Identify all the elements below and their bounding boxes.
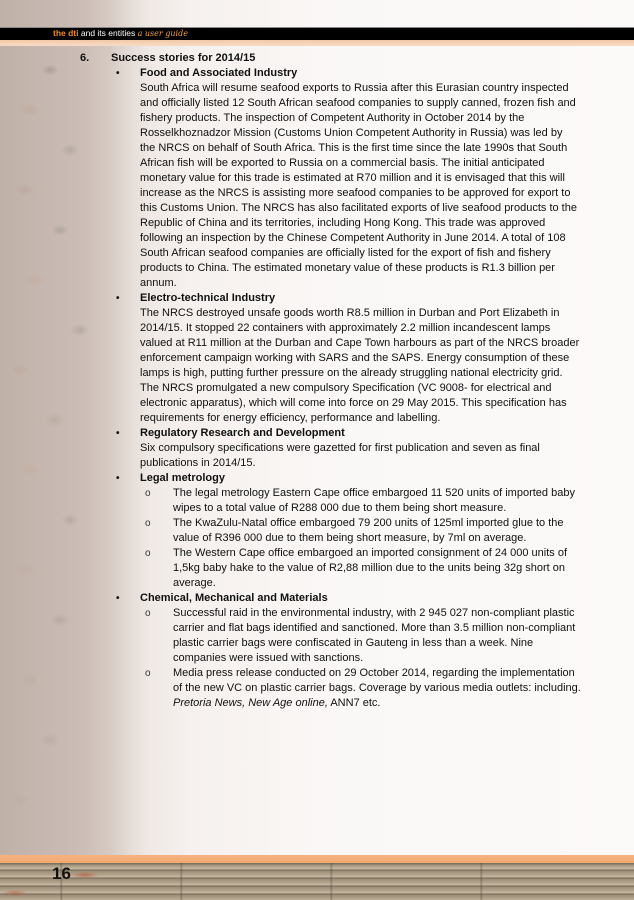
item-title: Legal metrology	[140, 471, 584, 486]
media-outlets: Pretoria News, New Age online,	[173, 697, 328, 709]
sub-item-text: The legal metrology Eastern Cape office …	[173, 486, 583, 516]
circle-bullet-icon: o	[145, 516, 151, 531]
bullet-icon: •	[116, 426, 120, 441]
sub-list-item: o The legal metrology Eastern Cape offic…	[0, 486, 634, 516]
list-item-legal-metrology: • Legal metrology	[0, 471, 634, 486]
bullet-icon: •	[116, 471, 120, 486]
bullet-icon: •	[116, 66, 120, 81]
circle-bullet-icon: o	[145, 486, 151, 501]
media-tail: ANN7 etc.	[328, 697, 381, 709]
item-text: South Africa will resume seafood exports…	[140, 81, 580, 291]
sub-list-item-media: o Media press release conducted on 29 Oc…	[0, 666, 634, 711]
list-item-electro-technical: • Electro-technical Industry The NRCS de…	[0, 291, 634, 426]
section-title: Success stories for 2014/15	[111, 51, 255, 66]
list-item-regulatory-research: • Regulatory Research and Development Si…	[0, 426, 634, 471]
sub-item-text: Media press release conducted on 29 Octo…	[173, 666, 583, 711]
bullet-icon: •	[116, 291, 120, 306]
item-text: The NRCS destroyed unsafe goods worth R8…	[140, 306, 580, 426]
item-text: Six compulsory specifications were gazet…	[140, 441, 580, 471]
list-item-food-industry: • Food and Associated Industry South Afr…	[0, 66, 634, 291]
section-heading: 6. Success stories for 2014/15	[0, 51, 634, 66]
sub-list-item: o The Western Cape office embargoed an i…	[0, 546, 634, 591]
footer-accent-line	[0, 855, 634, 863]
media-text: Media press release conducted on 29 Octo…	[173, 667, 581, 694]
header-middle: and its entities	[79, 28, 138, 38]
circle-bullet-icon: o	[145, 606, 151, 621]
item-title: Food and Associated Industry	[140, 66, 584, 81]
circle-bullet-icon: o	[145, 546, 151, 561]
item-title: Chemical, Mechanical and Materials	[140, 591, 584, 606]
page-number: 16	[52, 864, 71, 884]
header-accent-strip	[0, 40, 634, 46]
running-header: the dti and its entities a user guide	[53, 28, 188, 39]
sub-list-item: o The KwaZulu-Natal office embargoed 79 …	[0, 516, 634, 546]
bullet-icon: •	[116, 591, 120, 606]
sub-list-item: o Successful raid in the environmental i…	[0, 606, 634, 666]
sub-item-text: The KwaZulu-Natal office embargoed 79 20…	[173, 516, 583, 546]
circle-bullet-icon: o	[145, 666, 151, 681]
sub-item-text: Successful raid in the environmental ind…	[173, 606, 583, 666]
list-item-chemical-mechanical: • Chemical, Mechanical and Materials	[0, 591, 634, 606]
document-body: 6. Success stories for 2014/15 • Food an…	[0, 51, 634, 711]
section-number: 6.	[80, 51, 89, 66]
item-title: Electro-technical Industry	[140, 291, 584, 306]
header-tagline: a user guide	[138, 29, 188, 38]
sub-item-text: The Western Cape office embargoed an imp…	[173, 546, 583, 591]
item-title: Regulatory Research and Development	[140, 426, 584, 441]
header-brand: the dti	[53, 28, 79, 38]
stone-wall-footer	[0, 863, 634, 900]
